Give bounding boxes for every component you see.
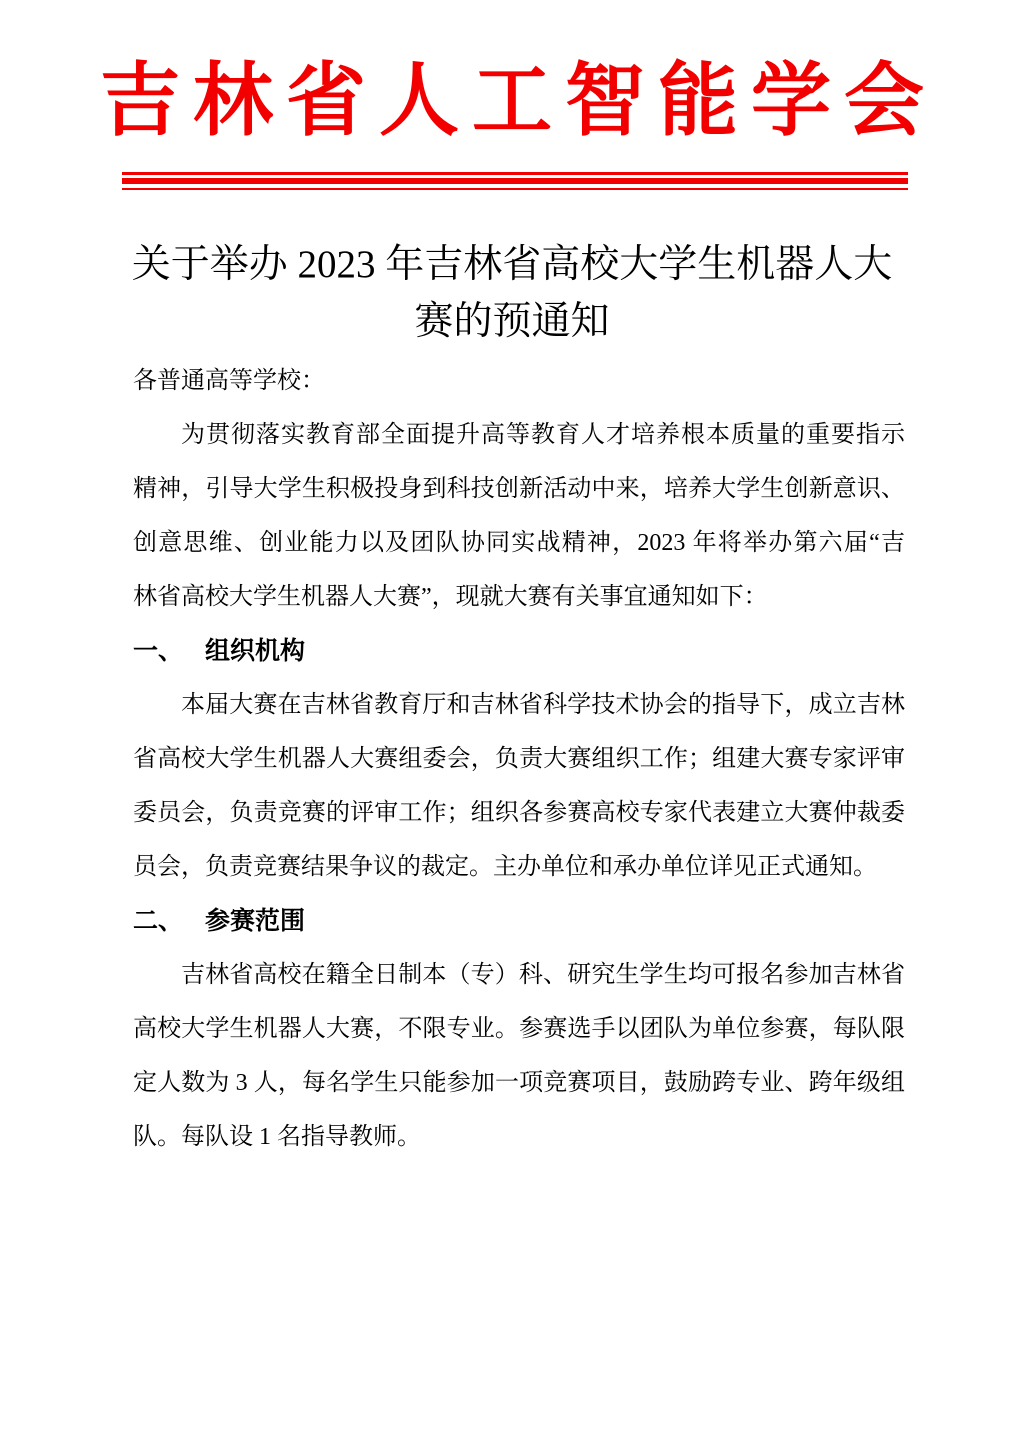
letterhead-org-name: 吉林省人工智能学会 xyxy=(0,58,1024,148)
greeting-line: 各普通高等学校： xyxy=(133,354,905,408)
body-text-line: 定人数为 3 人，每名学生只能参加一项竞赛项目，鼓励跨专业、跨年级组 xyxy=(133,1056,905,1110)
section-2-number: 二、 xyxy=(133,894,183,948)
section-heading-2: 二、参赛范围 xyxy=(133,894,905,948)
section-heading-1: 一、组织机构 xyxy=(133,624,905,678)
body-text-line: 创意思维、创业能力以及团队协同实战精神，2023 年将举办第六届“吉 xyxy=(133,516,905,570)
body-text-line: 本届大赛在吉林省教育厅和吉林省科学技术协会的指导下，成立吉林 xyxy=(133,678,905,732)
document-title-line-1: 关于举办 2023 年吉林省高校大学生机器人大 xyxy=(0,236,1024,293)
body-text-line: 省高校大学生机器人大赛组委会，负责大赛组织工作；组建大赛专家评审 xyxy=(133,732,905,786)
section-1-title: 组织机构 xyxy=(205,637,305,665)
body-text-line: 委员会，负责竞赛的评审工作；组织各参赛高校专家代表建立大赛仲裁委 xyxy=(133,786,905,840)
letterhead-rule xyxy=(122,172,908,190)
rule-thin-bottom-line xyxy=(122,188,908,190)
body-text-line: 精神，引导大学生积极投身到科技创新活动中来，培养大学生创新意识、 xyxy=(133,462,905,516)
section-2-title: 参赛范围 xyxy=(205,907,305,935)
body-text-line: 高校大学生机器人大赛，不限专业。参赛选手以团队为单位参赛，每队限 xyxy=(133,1002,905,1056)
document-body: 各普通高等学校： 为贯彻落实教育部全面提升高等教育人才培养根本质量的重要指示 精… xyxy=(133,354,905,1164)
letterhead: 吉林省人工智能学会 xyxy=(0,0,1024,190)
body-text-line: 为贯彻落实教育部全面提升高等教育人才培养根本质量的重要指示 xyxy=(133,408,905,462)
body-text-line: 员会，负责竞赛结果争议的裁定。主办单位和承办单位详见正式通知。 xyxy=(133,840,905,894)
document-title-line-2: 赛的预通知 xyxy=(0,293,1024,350)
body-text-line: 吉林省高校在籍全日制本（专）科、研究生学生均可报名参加吉林省 xyxy=(133,948,905,1002)
section-1-number: 一、 xyxy=(133,624,183,678)
body-text-line: 林省高校大学生机器人大赛”，现就大赛有关事宜通知如下： xyxy=(133,570,905,624)
document-title: 关于举办 2023 年吉林省高校大学生机器人大 赛的预通知 xyxy=(0,236,1024,350)
document-page: 吉林省人工智能学会 关于举办 2023 年吉林省高校大学生机器人大 赛的预通知 … xyxy=(0,0,1024,1448)
body-text-line: 队。每队设 1 名指导教师。 xyxy=(133,1110,905,1164)
